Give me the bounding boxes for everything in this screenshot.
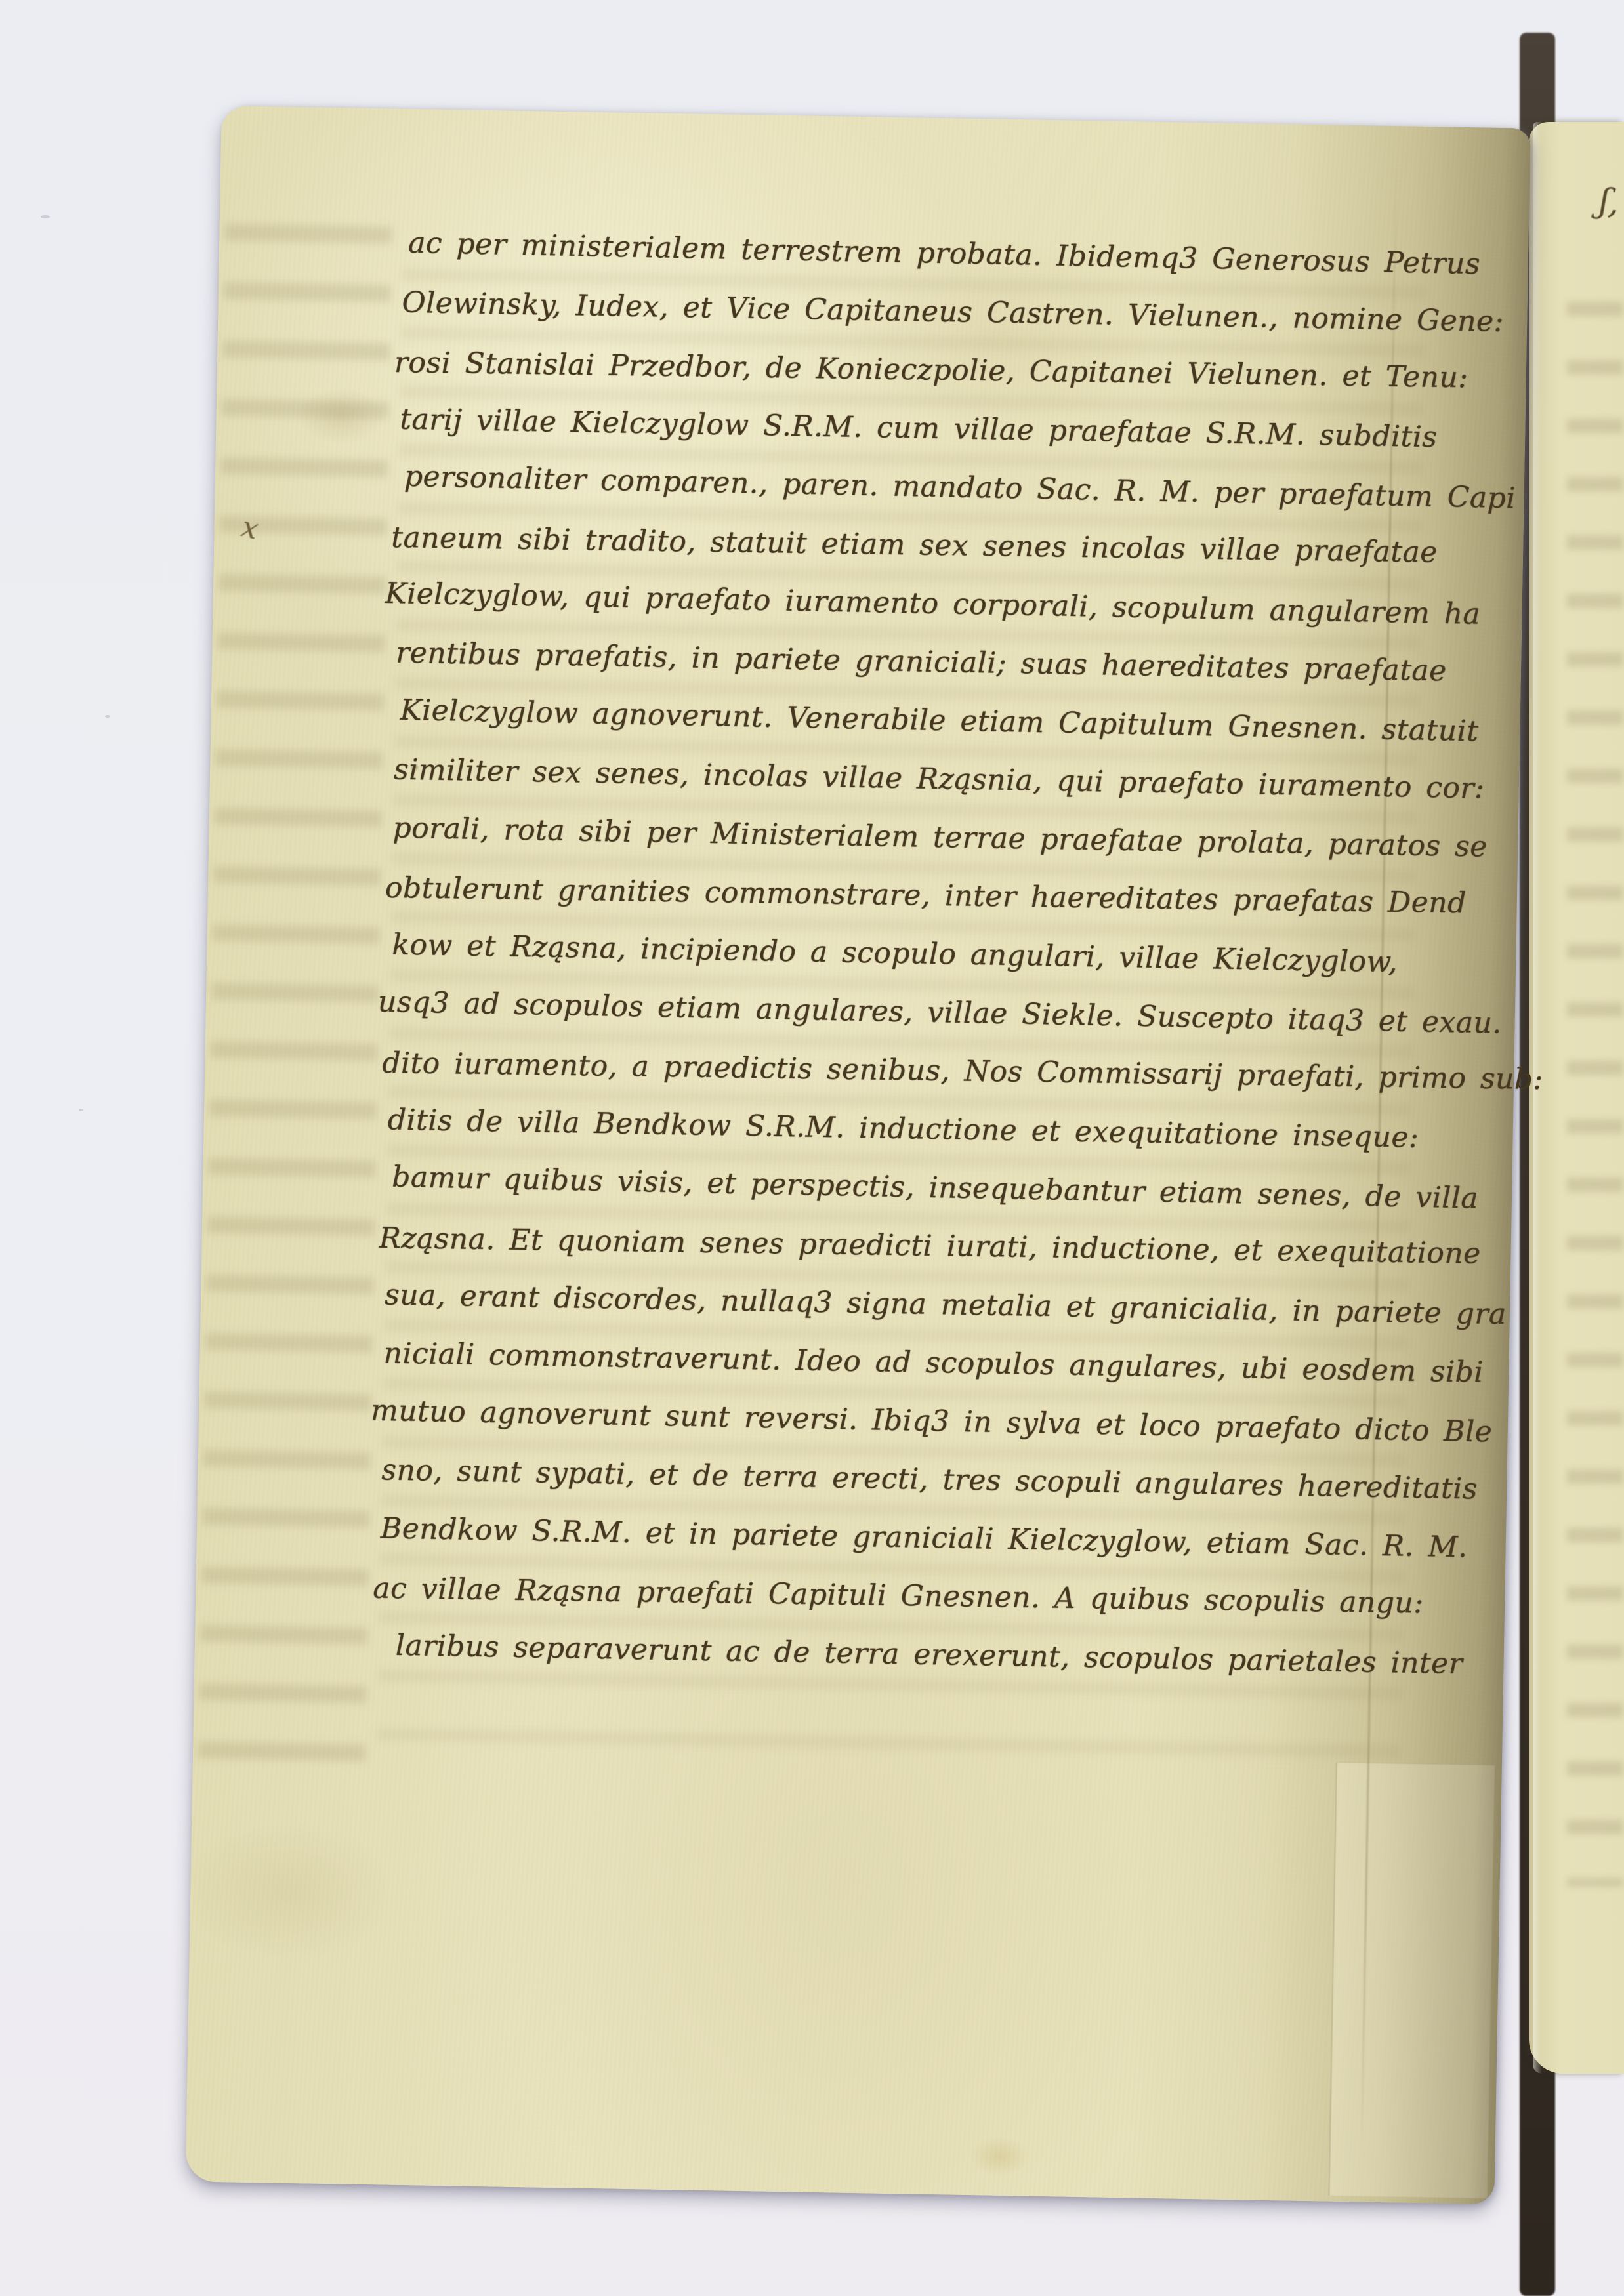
manuscript-page: x ac per ministerialem terrestrem probat… xyxy=(186,106,1531,2204)
adjacent-page-edge: ʃ, xyxy=(1529,122,1624,2074)
adjacent-page-ink-mark: ʃ, xyxy=(1597,181,1623,223)
handwritten-text-block: ac per ministerialem terrestrem probata.… xyxy=(378,215,1467,1693)
scan-photo: ʃ, x ac per ministerialem terrestrem pro… xyxy=(0,0,1624,2296)
scanner-speck xyxy=(41,215,50,218)
scanner-speck xyxy=(105,715,110,718)
bleedthrough-ghost-text-adjacent xyxy=(1567,279,1623,1887)
bleedthrough-ghost-text-margin xyxy=(198,204,392,1794)
adjacent-page-edge-highlight xyxy=(1533,122,1542,2074)
scanner-speck xyxy=(79,1109,83,1111)
paper-patch xyxy=(1328,1762,1494,2198)
